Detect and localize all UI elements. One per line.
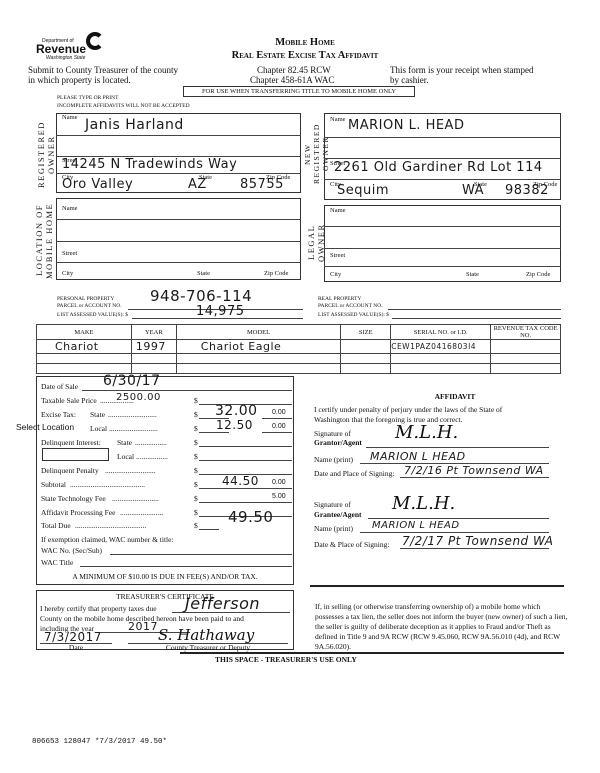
location-city-field[interactable]: City: [62, 270, 73, 277]
col-size: SIZE: [341, 325, 391, 340]
table-row: Chariot 1997 Chariot Eagle CEW1PAZ041680…: [37, 340, 561, 354]
form-title-1: Mobile Home: [210, 37, 400, 48]
excise-local-tax[interactable]: 12.50: [216, 418, 253, 432]
grantor-date-place[interactable]: 7/2/16 Pt Townsend WA: [404, 464, 544, 477]
legal-zip-field[interactable]: Zip Code: [526, 271, 550, 278]
tech-fee-printed: 5.00: [272, 493, 286, 500]
select-location-button[interactable]: Select Location: [16, 422, 74, 432]
legal-state-field[interactable]: State: [466, 271, 479, 278]
new-owner-street[interactable]: 2261 Old Gardiner Rd Lot 114: [334, 160, 543, 175]
registered-owner-street[interactable]: 14245 N Tradewinds Way: [62, 157, 237, 172]
chapter-wac: Chapter 458-61A WAC: [250, 75, 334, 85]
receipt-stamp: 806653 128047 *7/3/2017 49.50*: [32, 738, 167, 746]
legal-owner-label: LEGAL OWNER: [306, 205, 326, 280]
transfer-banner: FOR USE WHEN TRANSFERRING TITLE TO MOBIL…: [183, 86, 415, 97]
col-serial: SERIAL NO. or I.D.: [391, 325, 491, 340]
divider: [180, 652, 564, 654]
submit-note-2: in which property is located.: [28, 75, 131, 85]
table-row: [37, 364, 561, 374]
new-owner-zip[interactable]: 98382: [505, 183, 549, 198]
location-name-field[interactable]: Name: [62, 205, 78, 212]
wac-title-field[interactable]: [80, 566, 292, 567]
subtotal-value[interactable]: 44.50: [222, 474, 259, 488]
registered-owner-label: REGISTERED OWNER: [36, 115, 56, 195]
excise-local-printed: 0.00: [272, 423, 286, 430]
real-parcel-field[interactable]: [388, 309, 561, 310]
lien-notice: If, in selling (or otherwise transferrin…: [315, 602, 570, 652]
dor-swoosh-icon: [86, 32, 104, 50]
col-make: MAKE: [37, 325, 132, 340]
new-owner-name[interactable]: MARION L. HEAD: [348, 118, 464, 133]
treasurer-county[interactable]: Jefferson: [185, 594, 260, 613]
col-model: MODEL: [176, 325, 341, 340]
treasurer-signature[interactable]: S. Hathaway: [158, 626, 254, 644]
grantor-name[interactable]: MARION L HEAD: [370, 450, 466, 463]
new-owner-city[interactable]: Sequim: [337, 183, 389, 198]
instruction-2: INCOMPLETE AFFIDAVITS WILL NOT BE ACCEPT…: [57, 103, 190, 109]
location-street-field[interactable]: Street: [62, 250, 77, 257]
treasurer-date[interactable]: 7/3/2017: [44, 630, 102, 644]
grantee-name[interactable]: MARION L HEAD: [372, 520, 460, 531]
registered-owner-state[interactable]: AZ: [188, 177, 207, 192]
location-state-field[interactable]: State: [197, 270, 210, 277]
subtotal-printed: 0.00: [272, 479, 286, 486]
chapter-rcw: Chapter 82.45 RCW: [257, 65, 331, 75]
legal-city-field[interactable]: City: [330, 271, 341, 278]
location-select-box[interactable]: [42, 448, 109, 461]
receipt-note-1: This form is your receipt when stamped: [390, 65, 533, 75]
form-title-2: Real Estate Excise Tax Affidavit: [190, 50, 420, 61]
location-zip-field[interactable]: Zip Code: [264, 270, 288, 277]
col-tax-code: REVENUE TAX CODE NO.: [491, 325, 561, 340]
date-of-sale[interactable]: 6/30/17: [103, 373, 160, 389]
table-header: MAKE YEAR MODEL SIZE SERIAL NO. or I.D. …: [37, 325, 561, 340]
instruction-1: PLEASE TYPE OR PRINT: [57, 95, 118, 101]
submit-note-1: Submit to County Treasurer of the county: [28, 65, 178, 75]
registered-owner-city[interactable]: Oro Valley: [62, 177, 133, 192]
excise-state-printed: 0.00: [272, 409, 286, 416]
affidavit-title: AFFIDAVIT: [310, 392, 600, 401]
treasurer-year[interactable]: 2017: [128, 620, 158, 633]
personal-parcel-number[interactable]: 948-706-114: [150, 287, 252, 305]
treasurer-use-only: THIS SPACE - TREASURER'S USE ONLY: [215, 655, 357, 664]
legal-street-field[interactable]: Street: [330, 252, 345, 259]
registered-owner-name[interactable]: Janis Harland: [85, 117, 184, 133]
new-owner-state[interactable]: WA: [462, 183, 484, 198]
registered-owner-zip[interactable]: 85755: [240, 177, 284, 192]
wac-no-field[interactable]: [110, 554, 292, 555]
personal-assessed-value[interactable]: 14,975: [196, 304, 245, 319]
col-year: YEAR: [131, 325, 176, 340]
mobile-home-table: MAKE YEAR MODEL SIZE SERIAL NO. or I.D. …: [36, 324, 561, 374]
total-due-value[interactable]: 49.50: [228, 508, 273, 526]
minimum-note: A MINIMUM OF $10.00 IS DUE IN FEE(S) AND…: [36, 572, 294, 581]
location-label: LOCATION OF MOBILE HOME: [34, 198, 54, 283]
divider: [310, 585, 564, 587]
grantee-signature[interactable]: M.L.H.: [392, 493, 455, 514]
grantor-signature[interactable]: M.L.H.: [395, 422, 458, 443]
real-assessed-field[interactable]: [392, 318, 561, 319]
delinquent-interest-local-field[interactable]: [199, 460, 292, 461]
location-box: [56, 198, 301, 280]
receipt-note-2: by cashier.: [390, 75, 429, 85]
taxable-sale-price[interactable]: 2500.00: [116, 392, 161, 403]
excise-state-tax[interactable]: 32.00: [215, 403, 258, 419]
delinquent-interest-state-field[interactable]: [199, 446, 292, 447]
table-row: [37, 354, 561, 364]
legal-name-field[interactable]: Name: [330, 207, 346, 214]
grantee-date-place[interactable]: 7/2/17 Pt Townsend WA: [402, 534, 553, 548]
